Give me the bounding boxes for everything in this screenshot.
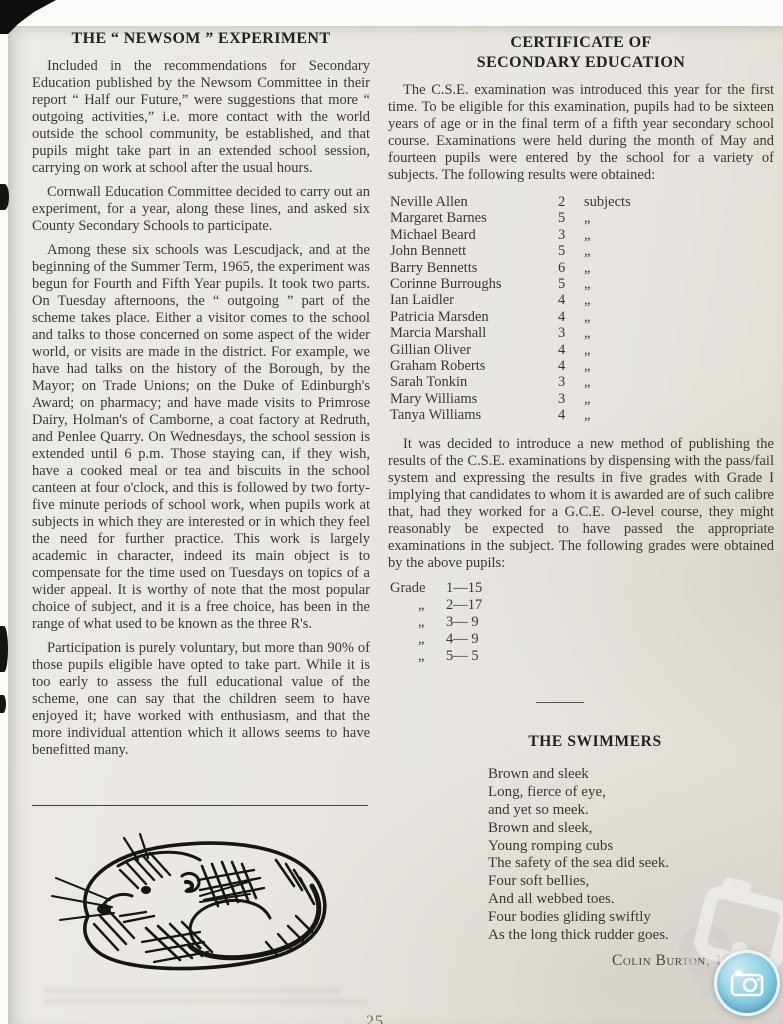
subject-count: 4	[558, 292, 584, 308]
results-table: Neville Allen2subjects Margaret Barnes5„…	[390, 194, 774, 423]
ditto-mark: „	[390, 648, 446, 665]
subject-count: 5	[558, 210, 584, 226]
poem-line: And all webbed toes.	[488, 891, 748, 909]
subject-count: 4	[558, 407, 584, 423]
grade-value: 5— 5	[446, 648, 774, 665]
subject-count: 5	[558, 276, 584, 292]
pupil-name: Ian Laidler	[390, 292, 558, 308]
bleed-through-text	[44, 998, 368, 1005]
scan-artifact	[0, 695, 6, 713]
poem-line: Brown and sleek	[488, 766, 748, 784]
ditto-mark: „	[584, 292, 774, 308]
ditto-mark: „	[390, 597, 446, 614]
scanned-magazine-page: THE “ NEWSOM ” EXPERIMENT Included in th…	[0, 0, 783, 1024]
result-row: Mary Williams3„	[390, 391, 774, 407]
bleed-through-text	[44, 987, 340, 994]
right-column: CERTIFICATE OF SECONDARY EDUCATION The C…	[388, 34, 774, 969]
column-divider-rule	[32, 805, 368, 806]
result-row: Michael Beard3„	[390, 227, 774, 243]
grade-row: „5— 5	[390, 648, 774, 665]
newsom-paragraph: Among these six schools was Lescudjack, …	[32, 242, 370, 633]
grade-row: „2—17	[390, 597, 774, 614]
ditto-mark: „	[584, 276, 774, 292]
pupil-name: Barry Bennetts	[390, 260, 558, 276]
left-column: THE “ NEWSOM ” EXPERIMENT Included in th…	[32, 30, 370, 1005]
ditto-mark: „	[584, 342, 774, 358]
newsom-paragraph: Cornwall Education Committee decided to …	[32, 184, 370, 235]
ditto-mark: „	[584, 358, 774, 374]
otter-sketch	[50, 820, 354, 978]
page-number: 25	[366, 1013, 384, 1024]
pupil-name: Sarah Tonkin	[390, 374, 558, 390]
result-row: Tanya Williams4„	[390, 407, 774, 423]
subject-count: 3	[558, 325, 584, 341]
ditto-mark: „	[584, 391, 774, 407]
pupil-name: Tanya Williams	[390, 407, 558, 423]
ditto-mark: „	[584, 325, 774, 341]
grade-value: 1—15	[446, 580, 774, 597]
ditto-mark: „	[584, 407, 774, 423]
subject-count: 4	[558, 342, 584, 358]
camera-badge-button[interactable]	[714, 950, 780, 1016]
poem-line: Four bodies gliding swiftly	[488, 909, 748, 927]
result-row: Patricia Marsden4„	[390, 309, 774, 325]
pupil-name: Neville Allen	[390, 194, 558, 210]
ditto-mark: „	[584, 227, 774, 243]
subject-count: 3	[558, 227, 584, 243]
grade-value: 4— 9	[446, 631, 774, 648]
pupil-name: John Bennett	[390, 243, 558, 259]
subject-count: 5	[558, 243, 584, 259]
pupil-name: Marcia Marshall	[390, 325, 558, 341]
scan-artifact	[0, 626, 8, 672]
grade-value: 3— 9	[446, 614, 774, 631]
pupil-name: Margaret Barnes	[390, 210, 558, 226]
poem-line: Young romping cubs	[488, 838, 748, 856]
result-row: Barry Bennetts6„	[390, 260, 774, 276]
swimmers-poem: THE SWIMMERS Brown and sleek Long, fierc…	[488, 733, 748, 944]
grade-row: Grade1—15	[390, 580, 774, 597]
subject-count: 4	[558, 309, 584, 325]
ditto-mark: „	[584, 260, 774, 276]
result-row: Graham Roberts4„	[390, 358, 774, 374]
ditto-mark: „	[390, 631, 446, 648]
pupil-name: Corinne Burroughs	[390, 276, 558, 292]
grading-method-paragraph: It was decided to introduce a new method…	[388, 436, 774, 572]
pupil-name: Gillian Oliver	[390, 342, 558, 358]
subject-count: 4	[558, 358, 584, 374]
newsom-article-title: THE “ NEWSOM ” EXPERIMENT	[32, 30, 370, 48]
cse-intro-paragraph: The C.S.E. examination was introduced th…	[388, 82, 774, 184]
result-row: Gillian Oliver4„	[390, 342, 774, 358]
ditto-mark: „	[584, 309, 774, 325]
cse-article-title-line2: SECONDARY EDUCATION	[388, 54, 774, 72]
poem-line: Long, fierce of eye,	[488, 784, 748, 802]
result-row: Sarah Tonkin3„	[390, 374, 774, 390]
camera-icon	[729, 968, 765, 998]
subject-count: 3	[558, 374, 584, 390]
poem-title: THE SWIMMERS	[488, 733, 702, 750]
result-row: Corinne Burroughs5„	[390, 276, 774, 292]
poem-line: and yet so meek.	[488, 802, 748, 820]
ditto-mark: „	[390, 614, 446, 631]
subject-count: 3	[558, 391, 584, 407]
cse-article-title-line1: CERTIFICATE OF	[388, 34, 774, 52]
result-row: John Bennett5„	[390, 243, 774, 259]
result-row: Margaret Barnes5„	[390, 210, 774, 226]
grades-list: Grade1—15 „2—17 „3— 9 „4— 9 „5— 5	[390, 580, 774, 664]
pupil-name: Michael Beard	[390, 227, 558, 243]
poem-line: The safety of the sea did seek.	[488, 855, 748, 873]
ditto-mark: „	[584, 243, 774, 259]
pupil-name: Graham Roberts	[390, 358, 558, 374]
result-row: Marcia Marshall3„	[390, 325, 774, 341]
subject-count: 2	[558, 194, 584, 210]
section-divider-rule	[536, 702, 584, 703]
newsom-paragraph: Participation is purely voluntary, but m…	[32, 640, 370, 759]
pupil-name: Patricia Marsden	[390, 309, 558, 325]
poem-line: Four soft bellies,	[488, 873, 748, 891]
result-row: Ian Laidler4„	[390, 292, 774, 308]
poem-line: Brown and sleek,	[488, 820, 748, 838]
paper-sheet: THE “ NEWSOM ” EXPERIMENT Included in th…	[8, 26, 783, 1024]
grade-row: „3— 9	[390, 614, 774, 631]
grade-label: Grade	[390, 580, 446, 597]
scan-artifact	[0, 184, 9, 210]
result-row: Neville Allen2subjects	[390, 194, 774, 210]
poem-attribution: Colin Burton, 1961.	[388, 952, 752, 969]
grade-value: 2—17	[446, 597, 774, 614]
subject-count: 6	[558, 260, 584, 276]
pupil-name: Mary Williams	[390, 391, 558, 407]
ditto-mark: „	[584, 210, 774, 226]
grade-row: „4— 9	[390, 631, 774, 648]
subjects-label: subjects	[584, 194, 774, 210]
ditto-mark: „	[584, 374, 774, 390]
newsom-paragraph: Included in the recommendations for Seco…	[32, 58, 370, 177]
poem-line: As the long thick rudder goes.	[488, 927, 748, 945]
